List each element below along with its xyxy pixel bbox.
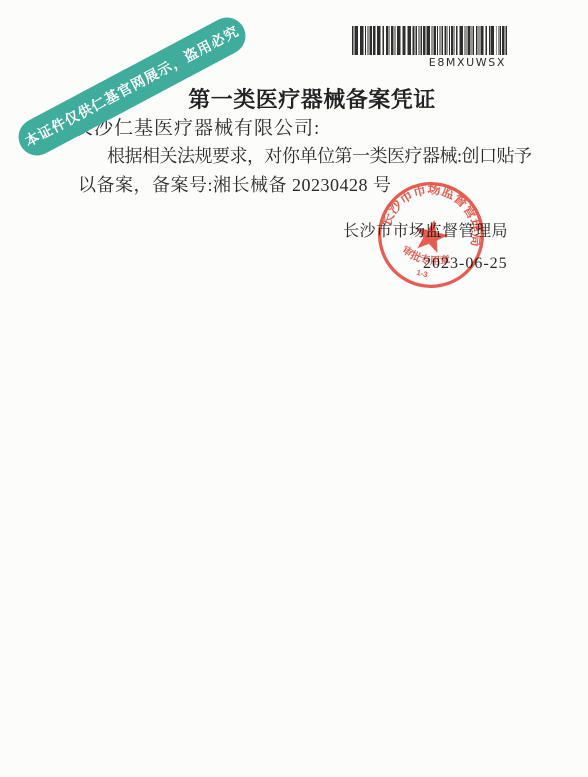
svg-text:审批专用章: 审批专用章: [398, 242, 454, 272]
stamp-star-icon: [411, 216, 450, 254]
barcode-image: [352, 26, 508, 55]
stamp-serial: 1-3: [416, 268, 430, 279]
barcode: E8MXUWSX: [352, 26, 508, 69]
official-stamp: 长沙市市场监督管理局 审批专用章 1-3: [365, 169, 497, 301]
body-line-1: 根据相关法规要求，对你单位第一类医疗器械:创口贴予: [107, 147, 532, 165]
barcode-value: E8MXUWSX: [352, 56, 508, 69]
barcode-bars: [352, 26, 507, 55]
addressee-line: 长沙仁基医疗器械有限公司:: [74, 119, 320, 138]
stamp-bottom-text: 审批专用章: [398, 242, 454, 272]
body-line-2: 以备案，备案号:湘长械备 20230428 号: [78, 176, 392, 194]
certificate-page: E8MXUWSX 第一类医疗器械备案凭证 长沙仁基医疗器械有限公司: 根据相关法…: [0, 0, 588, 777]
